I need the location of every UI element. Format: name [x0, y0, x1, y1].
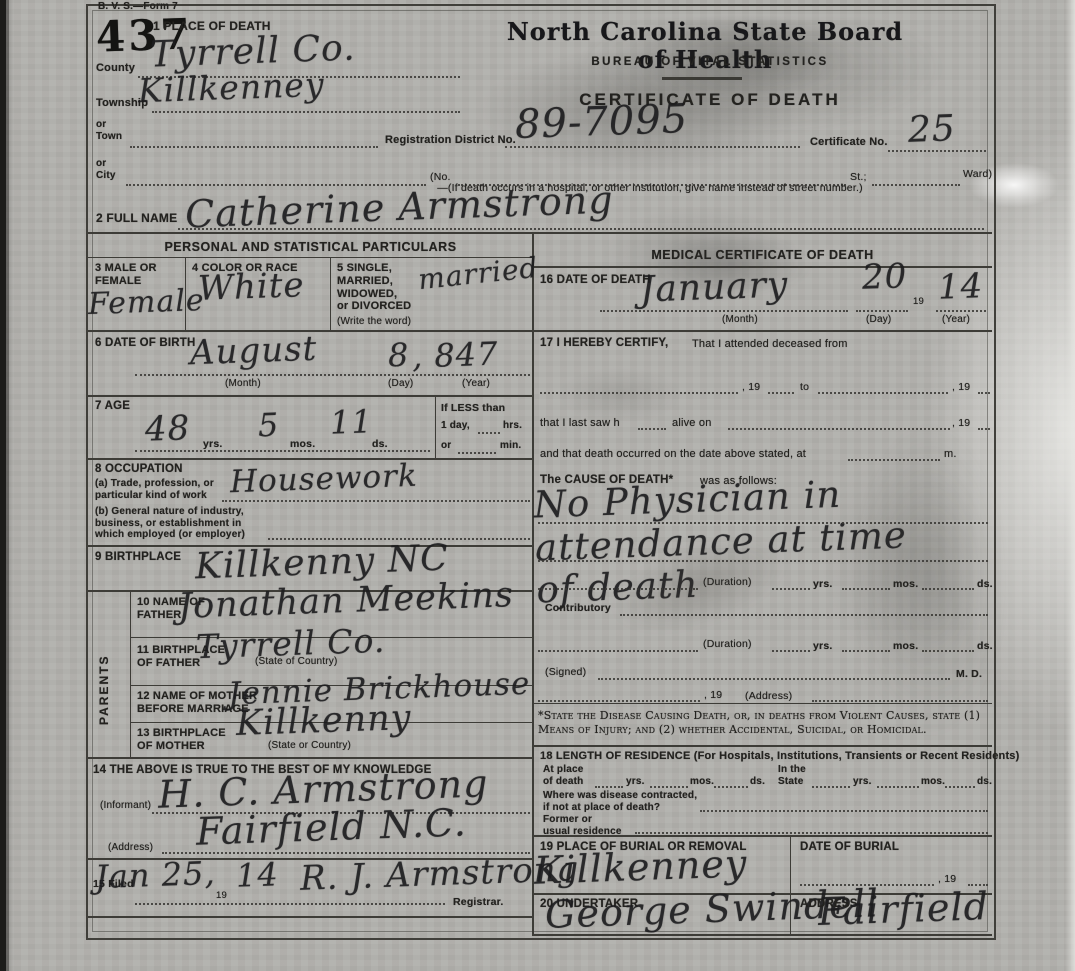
registration-district-label: Registration District No. [385, 134, 516, 147]
filed-year-value: 14 [235, 857, 279, 894]
dod-label: 16 DATE OF DEATH [540, 274, 651, 287]
or-town-label: or Town [96, 119, 122, 142]
dod-bottom-rule [533, 330, 992, 332]
burial-date-label: DATE OF BURIAL [800, 841, 899, 854]
residence-yrs2-caption: yrs. [853, 776, 872, 788]
filed-dotted [135, 903, 445, 905]
duration2-mos-dotted [842, 650, 890, 652]
row-rule-3 [88, 458, 533, 460]
occupation-label: 8 OCCUPATION [95, 463, 183, 476]
age-yrs-caption: yrs. [203, 438, 222, 450]
scan-edge-left [0, 0, 14, 971]
residence-yrs2-dotted [812, 786, 850, 788]
cell-divider-race-marital [330, 257, 331, 330]
age-dotted-line [135, 450, 430, 452]
dob-label: 6 DATE OF BIRTH [95, 337, 196, 350]
age-ds-caption: ds. [372, 438, 388, 450]
contributory-label: Contributory [545, 602, 611, 614]
dod-year-caption-printed: 19 [913, 296, 924, 307]
dod-month-dotted [600, 310, 848, 312]
township-value: Killkenney [137, 67, 325, 110]
residence-contracted-dotted [700, 810, 988, 812]
certify-label-bold: 17 I HEREBY CERTIFY, [540, 337, 668, 350]
dod-year-value: 14 [937, 267, 984, 307]
occupation-a-label: (a) Trade, profession, or particular kin… [95, 478, 214, 501]
duration2-mos-caption: mos. [893, 640, 918, 652]
certify-from-dotted [540, 392, 738, 394]
residence-yrs1-dotted [595, 786, 623, 788]
occupation-a-dotted [222, 500, 530, 502]
sex-value: Female [87, 284, 205, 322]
last-saw-label: that I last saw h [540, 417, 620, 430]
full-name-label: 2 FULL NAME [96, 212, 177, 226]
sex-label: 3 MALE OR FEMALE [95, 262, 157, 288]
dob-month-caption: (Month) [225, 378, 261, 390]
certificate-no-label: Certificate No. [810, 136, 888, 149]
residence-label: 18 LENGTH OF RESIDENCE (For Hospitals, I… [540, 750, 1019, 763]
death-occurred-label: and that death occurred on the date abov… [540, 448, 806, 461]
age-days-value: 11 [329, 404, 373, 441]
ward-label: Ward) [963, 168, 992, 180]
duration2-yrs-caption: yrs. [813, 640, 832, 652]
duration2-lead-dotted [538, 650, 698, 652]
marital-note: (Write the word) [337, 316, 411, 328]
certify-year-a-dotted [768, 392, 794, 394]
certify-to-dotted [818, 392, 948, 394]
residence-mos2-caption: mos. [921, 776, 945, 788]
medical-section-title: MEDICAL CERTIFICATE OF DEATH [533, 248, 992, 263]
dob-dotted-line [135, 374, 530, 376]
age-hrs-dotted [478, 432, 500, 434]
dod-day-caption: (Day) [866, 314, 891, 326]
dod-month-caption: (Month) [722, 314, 758, 326]
dod-month-value: January [639, 265, 789, 310]
bureau-title: BUREAU OF VITAL STATISTICS [540, 56, 880, 69]
burial-place-value: Killkenney [533, 842, 748, 892]
residence-ds1-dotted [714, 786, 748, 788]
duration1-mos-caption: mos. [893, 578, 918, 590]
signed-date-dotted [538, 700, 700, 702]
duration2-caption: (Duration) [703, 638, 752, 650]
bureau-rule [662, 77, 742, 80]
duration1-yrs-dotted [772, 588, 810, 590]
parents-side-label: PARENTS [98, 625, 112, 725]
mother-birthplace-label: 13 BIRTHPLACE OF MOTHER [137, 727, 226, 753]
residence-mos1-caption: mos. [690, 776, 714, 788]
alive-on-dotted [728, 428, 950, 430]
contributory-dotted [620, 614, 988, 616]
row-rule-8 [88, 916, 533, 918]
age-years-value: 48 [144, 409, 191, 449]
signed-dotted [598, 678, 950, 680]
marital-label: 5 SINGLE, MARRIED, WIDOWED, or DIVORCED [337, 262, 411, 313]
signed-date-year: , 19 [704, 689, 722, 701]
death-occurred-dotted [848, 459, 940, 461]
personal-section-title: PERSONAL AND STATISTICAL PARTICULARS [88, 240, 533, 255]
residence-mos1-dotted [650, 786, 688, 788]
undertaker-address-value: Fairfield [817, 885, 989, 933]
certify-year-b-dotted [978, 392, 990, 394]
dod-year-caption: (Year) [942, 314, 970, 326]
certificate-no-value: 25 [907, 109, 956, 151]
duration1-ds-dotted [922, 588, 974, 590]
row-rule-6 [88, 757, 533, 759]
last-saw-h-dotted [638, 428, 666, 430]
duration1-mos-dotted [842, 588, 890, 590]
registrar-caption: Registrar. [453, 896, 503, 908]
cause-dotted-1 [538, 522, 988, 524]
filed-year-caption: 19 [216, 890, 227, 901]
age-or-label: or [441, 440, 451, 452]
death-certificate-scan: B. V. S.—Form 7 437 1 PLACE OF DEATH Nor… [0, 0, 1075, 971]
dod-day-dotted [856, 310, 908, 312]
column-divider [532, 232, 534, 936]
scan-edge-right [1065, 0, 1075, 971]
last-saw-year: , 19 [952, 417, 970, 429]
signed-address-caption: (Address) [745, 690, 792, 702]
informant-address-caption: (Address) [108, 842, 153, 854]
death-occurred-m-caption: m. [944, 448, 957, 461]
age-min-caption: min. [500, 440, 521, 452]
father-birthplace-value: Tyrrell Co. [195, 623, 386, 667]
certify-label-rest: That I attended deceased from [692, 338, 848, 351]
duration1-ds-caption: ds. [977, 578, 993, 590]
county-label: County [96, 62, 135, 75]
duration2-yrs-dotted [772, 650, 810, 652]
residence-mos2-dotted [877, 786, 919, 788]
dob-year-value: , 847 [411, 337, 499, 376]
header-bottom-rule [88, 232, 992, 234]
signed-address-dotted [812, 700, 988, 702]
footnote-top-rule [533, 703, 992, 704]
registration-district-value: 89-7095 [514, 97, 689, 148]
age-mos-caption: mos. [290, 438, 315, 450]
birthplace-label: 9 BIRTHPLACE [95, 551, 181, 564]
age-less-than-label: If LESS than [441, 402, 505, 414]
duration1-yrs-caption: yrs. [813, 578, 832, 590]
cause-of-death-value: No Physician in attendance at time of de… [533, 472, 909, 613]
alive-on-label: alive on [672, 417, 712, 430]
mother-birthplace-value: Killkenny [235, 699, 412, 744]
parents-cell-divider [130, 590, 131, 757]
last-saw-year-dotted [978, 428, 990, 430]
md-caption: M. D. [956, 668, 982, 680]
age-months-value: 5 [257, 408, 280, 445]
dob-month-value: August [189, 330, 317, 372]
cause-dotted-2 [538, 560, 988, 562]
age-min-dotted [458, 452, 496, 454]
residence-contracted-label: Where was disease contracted, if not at … [543, 790, 697, 813]
footnote-bottom-rule [533, 745, 992, 747]
certify-year-a: , 19 [742, 381, 760, 393]
age-label: 7 AGE [95, 400, 130, 413]
residence-former-label: Former or usual residence [543, 814, 622, 837]
duration2-ds-caption: ds. [977, 640, 993, 652]
age-subcell-divider [435, 395, 436, 458]
row-rule-2 [88, 395, 533, 397]
certificate-no-dotted-line [888, 150, 986, 152]
undertaker-bottom-rule [533, 934, 992, 936]
filed-date-value: Jan 25, [94, 856, 216, 896]
residence-ds2-caption: ds. [977, 776, 992, 788]
occupation-b-label: (b) General nature of industry, business… [95, 506, 245, 541]
burial-date-year: , 19 [938, 873, 956, 885]
or-city-label: or City [96, 158, 116, 181]
age-one-day-label: 1 day, [441, 420, 470, 432]
residence-yrs1-caption: yrs. [626, 776, 645, 788]
residence-at-place-label: At place of death [543, 764, 584, 787]
signed-caption: (Signed) [545, 666, 586, 678]
residence-former-dotted [635, 832, 988, 834]
residence-in-state-label: In the State [778, 764, 806, 787]
dob-year-caption: (Year) [462, 378, 490, 390]
age-hrs-caption: hrs. [503, 420, 522, 432]
residence-ds2-dotted [945, 786, 975, 788]
duration2-ds-dotted [922, 650, 974, 652]
informant-caption: (Informant) [100, 800, 151, 812]
dob-day-caption: (Day) [388, 378, 413, 390]
residence-ds1-caption: ds. [750, 776, 765, 788]
race-value: White [197, 266, 305, 308]
duration1-lead-dotted [538, 588, 698, 590]
township-dotted-line [152, 111, 460, 113]
occupation-a-value: Housework [229, 459, 418, 500]
certify-to-word: to [800, 381, 809, 393]
certify-year-b: , 19 [952, 381, 970, 393]
town-dotted-line [130, 146, 378, 148]
informant-address-value: Fairfield N.C. [195, 801, 467, 853]
dod-year-dotted [936, 310, 986, 312]
dob-day-value: 8 [387, 338, 410, 375]
cause-footnote: *State the Disease Causing Death, or, in… [538, 709, 990, 738]
dod-day-value: 20 [861, 257, 908, 297]
duration1-caption: (Duration) [703, 576, 752, 588]
